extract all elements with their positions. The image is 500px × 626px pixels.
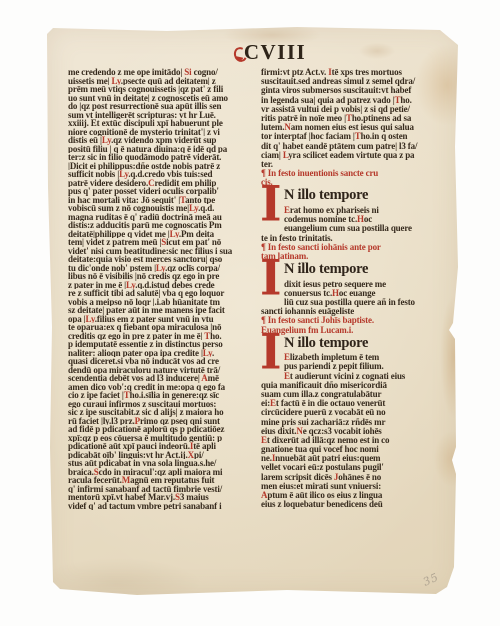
text-line: ter. (261, 160, 451, 169)
folio-number: CVIII (244, 40, 306, 64)
gospel-section: IN illo temporeErat homo ex phariseis ni… (261, 187, 451, 242)
text-line: z pater in me ē |Ly.q.d.istud debes cred… (68, 281, 252, 290)
text-line: sum vt intelligerēt scripturas: vt hr Lu… (68, 111, 252, 120)
text-line: lutem.Nam nomen eius est iesus qui salua (261, 123, 451, 132)
text-line: uissetis me| Ly.psecte quū ad deitatem| … (68, 77, 252, 86)
text-line: sz deitate| pater aūt in me manens ipe f… (68, 306, 252, 315)
text-line: Erat homo ex phariseis ni (284, 206, 451, 215)
text-line: eius dixit.Ne qcz:s3 vocabit iohēs (261, 427, 451, 436)
text-line: creditis qz ego in pre z pater in me ē| … (68, 332, 252, 341)
text-line: scendentia debēt vos ad l3 inducere| Amē (68, 374, 252, 383)
text-line: pdicabāt oīb' linguis:vt hr Act.ij.Xpi/ (68, 451, 252, 460)
text-line: ginta viros submersos suscitauit:vt habe… (261, 86, 451, 95)
text-line: positū filiu | q ē natura diuina:q ē idē… (68, 145, 252, 154)
text-line: tem| videt z patrem meū |Sicut em pat' n… (68, 238, 252, 247)
text-line: xxiiij. Et extūc discipuli xpī habuerunt… (68, 119, 252, 128)
text-line: |Dicit ei philippus:dñe ostde nobis patr… (68, 162, 252, 171)
rubric-line: ¶ In festo inuentionis sancte cru (261, 169, 451, 178)
right-text-column: firmi:vt ptz Act.v. Itē xps tres mortuos… (261, 68, 451, 510)
text-line: uo sunt vnū in deitate| z cognoscetis eū… (68, 94, 252, 103)
text-line: deitatē|philippe q videt me |Ly.Pm deita (68, 230, 252, 239)
text-line: sufficit nobis |Ly.q.d.credo vbis tuis:s… (68, 170, 252, 179)
text-line: suscitauit.sed andreas simul z semel qdr… (261, 77, 451, 86)
text-line: prēm meū vtiqs cognouissetis |qz pat' z … (68, 85, 252, 94)
text-line: niore cognitionē de mysterio trinitat'| … (68, 128, 252, 137)
text-line: ter:z sic in filio quodāmodo patrē vider… (68, 153, 252, 162)
text-line: distis:z adducitis parū me cognoscatis P… (68, 221, 252, 230)
gospel-section: IN illo temporedixit iesus petro sequere… (261, 261, 451, 316)
text-line: amen dico vob':q credit in me:opa q ego … (68, 383, 252, 392)
text-line: rū faciet |ly.l3 prz.Primo qz pseq qni s… (68, 417, 252, 426)
text-line: do |qz post resurrectionē sua apūt illis… (68, 102, 252, 111)
text-line: distis eū |Ly.qz videndo xpm viderūt sup (68, 136, 252, 145)
text-line: deitate:quia visio est merces sanctoru| … (68, 255, 252, 264)
text-line: naliter: alioqn pater opa ipa credite |L… (68, 349, 252, 358)
folio-header: CVIII (47, 40, 459, 65)
text-line: Et audierunt vicini z cognati eius (284, 372, 451, 381)
text-line: stus aūt pdicabat in vna sola lingua.s.h… (68, 459, 252, 468)
text-line: p idemputatē essentie z in distinctus pe… (68, 340, 252, 349)
text-line: magna ruditas ē q' radiū doctrinā meā au (68, 213, 252, 222)
text-line: pus q' pater posset videri oculis corpal… (68, 187, 252, 196)
text-line: firmi:vt ptz Act.v. Itē xps tres mortuos (261, 68, 451, 77)
text-line: vobis a meipso nō loqr |.i.ab hūanitate … (68, 298, 252, 307)
text-line: libus nō ē visibilis |nō credis qz ego i… (68, 272, 252, 281)
text-line: q' infirmi sanabanf ad tactū fimbrie ves… (68, 485, 252, 494)
text-line: ad fidē p pdicationē aplorū qs p pdicati… (68, 425, 252, 434)
text-line: in legenda sua| quia ad patrez vado |Tho… (261, 96, 451, 105)
rubricated-initial: I (260, 187, 280, 226)
text-line: pdicationē aūt xpī pauci indeorū.Itē apl… (68, 442, 252, 451)
text-line: men eius:et mirati sunt vniuersi: (261, 482, 451, 491)
text-line: ego curaui infirmos z suscitaui mortuos: (68, 400, 252, 409)
text-line: videt' nisi cum beatitudine:sic nec fili… (68, 247, 252, 256)
paraph-icon (234, 47, 244, 61)
text-line: te in festo trinitatis. (261, 234, 451, 243)
text-line: te oparua:ex q fiebant opa miraculosa |n… (68, 323, 252, 332)
incipit-heading: N illo tempore (284, 187, 451, 206)
incunable-leaf: CVIII me credendo z me ope imitādo| Si c… (47, 27, 459, 596)
text-line: codemus nomine tc.Hoc (284, 215, 451, 224)
text-line: larem scripsit dicēs Johānes ē no (261, 473, 451, 482)
text-line: Aptum ē aūt ilico os eius z lingua (261, 491, 451, 500)
text-line: ei:Et factū ē in die octauo venerūt (261, 399, 451, 408)
left-text-column: me credendo z me ope imitādo| Si cogno/u… (68, 68, 252, 510)
text-line: tor interptaf |hoc faciam |Tho.in q oste… (261, 132, 451, 141)
text-line: ritis patrē in noīe meo |Tho.ptinens ad … (261, 114, 451, 123)
rubric-line: ¶ In festo sancti iohānis ante por (261, 243, 451, 252)
text-line: liū cuz sua postilla quere añ in festo (284, 298, 451, 307)
photograph-background: CVIII me credendo z me ope imitādo| Si c… (0, 0, 500, 626)
text-line: vr assistā vultui dei p vobis| z si qd p… (261, 105, 451, 114)
text-line: conuersus tc.Hoc euange (284, 289, 451, 298)
text-line: quia manificauit dño misericordiā (261, 381, 451, 390)
text-line: gnatione tua qui vocef hoc nomi (261, 445, 451, 454)
gospel-section: IN illo temporeElizabeth impletum ē temp… (261, 335, 451, 510)
text-line: vellet vocari eū:z postulans pugil' (261, 463, 451, 472)
pencil-annotation: 35 (421, 570, 441, 588)
text-line: ciam| Lyra scilicet eadem virtute qua z … (261, 151, 451, 160)
text-line: quasi diceret.si vba nō inducāt vos ad c… (68, 357, 252, 366)
text-line: Elizabeth impletum ē tem (284, 353, 451, 362)
text-line: circūcidere puerū z vocabāt eū no (261, 408, 451, 417)
text-line: braica.Scdo in miracul':qz apli maiora m… (68, 468, 252, 477)
text-line: racula fecerūt.Magnū em reputatus fuit (68, 476, 252, 485)
incipit-heading: N illo tempore (284, 261, 451, 280)
text-line: tu dic'onde nob' pstem |Ly.qz oclīs corp… (68, 264, 252, 273)
text-line: suam cum illa.z congratulabātur (261, 390, 451, 399)
rubricated-initial: I (260, 334, 280, 373)
text-line: dit q' habet eandē ptātem cum patre| l3 … (261, 142, 451, 151)
text-line: re z sufficit tibi ad salutē| vba q ego … (68, 289, 252, 298)
text-block: me credendo z me ope imitādo| Si cogno/u… (68, 68, 451, 510)
text-line: pus pariendi z pepit filium. (284, 362, 451, 371)
text-line: dendū opa miraculoru nature virtutē trā/ (68, 366, 252, 375)
rubric-line: Euangelium fm Lucam.i. (261, 326, 451, 335)
text-line: mentorū xpī.vt habef Mar.vj.S3 maius (68, 493, 252, 502)
text-line: euangelium cum sua postilla quere (284, 224, 451, 233)
text-line: mine pris sui zachariā:z rñdēs mr (261, 418, 451, 427)
text-line: opa |Ly.filius em z pater sunt vnū in vt… (68, 315, 252, 324)
text-line: eius z loquebatur benedicens deū (261, 500, 451, 509)
rubric-line: tam latinam. (261, 252, 451, 261)
text-line: vobiscū sum z nō cognouistis me|Ly.q.d. (68, 204, 252, 213)
text-line: sancti iohannis euāgeliste (261, 307, 451, 316)
rubricated-initial: I (260, 260, 280, 299)
text-line: cio z ipe faciet |Tho.i.sīlia in genere:… (68, 391, 252, 400)
text-line: patrē videre desidero.Credidit em philip (68, 179, 252, 188)
text-line: dixit iesus petro sequere me (284, 280, 451, 289)
text-line: videf q' ad tactum vmbre petri sanabanf … (68, 502, 252, 511)
text-line: Et dixerūt ad illā:qz nemo est in co (261, 436, 451, 445)
rubric-line: cis. (261, 178, 451, 187)
text-line: xpī:qz p eos cōuersa ē multitudo gentiū:… (68, 434, 252, 443)
text-line: in hac mortali vita: Jō sequit' |Tanto t… (68, 196, 252, 205)
rubric-line: ¶ In festo sancti Johīs baptiste. (261, 316, 451, 325)
incipit-heading: N illo tempore (284, 335, 451, 354)
text-line: sic z ipe suscitabit.z sic d alijs| z ma… (68, 408, 252, 417)
text-line: me credendo z me ope imitādo| Si cogno/ (68, 68, 252, 77)
text-line: ne.Innuebāt aūt patri eius:quem (261, 454, 451, 463)
